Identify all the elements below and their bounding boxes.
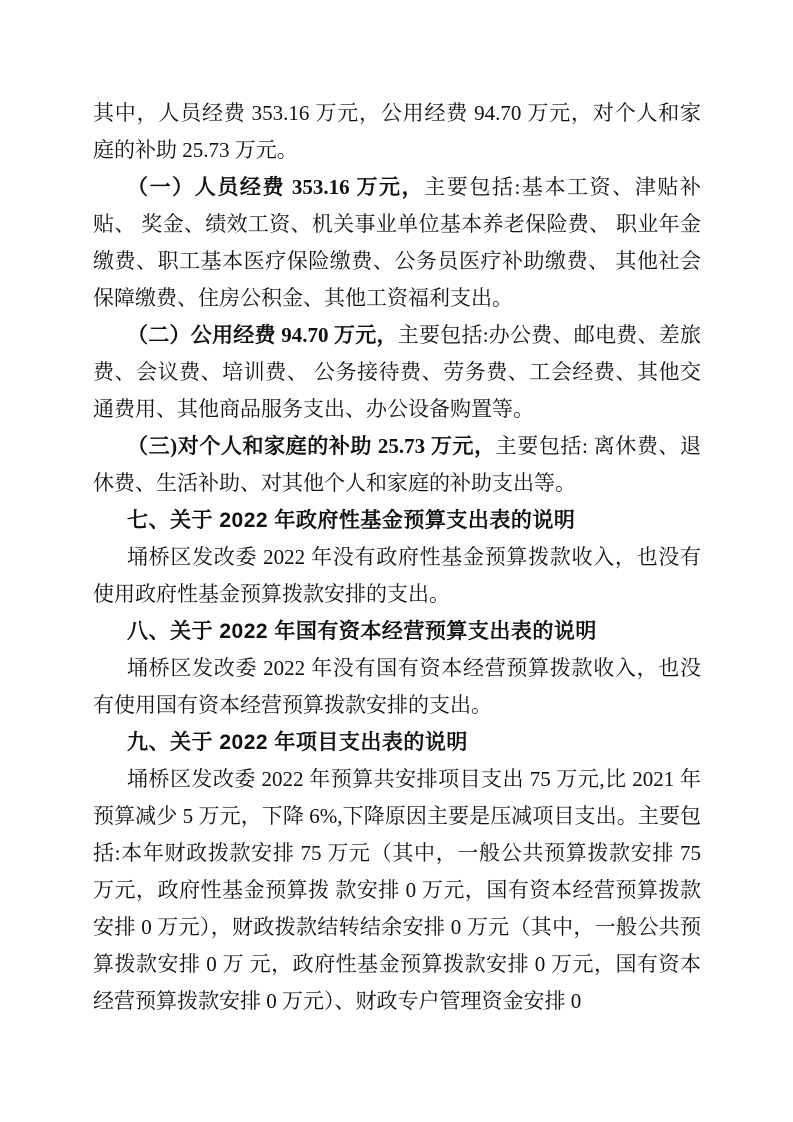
paragraph-government-fund-note: 埇桥区发改委 2022 年没有政府性基金预算拨款收入，也没有使用政府性基金预算拨… bbox=[93, 539, 701, 613]
paragraph-expense-summary: 其中，人员经费 353.16 万元，公用经费 94.70 万元，对个人和家庭的补… bbox=[93, 95, 701, 169]
document-page: 其中，人员经费 353.16 万元，公用经费 94.70 万元，对个人和家庭的补… bbox=[0, 0, 793, 1122]
paragraph-state-capital-note: 埇桥区发改委 2022 年没有国有资本经营预算拨款收入，也没有使用国有资本经营预… bbox=[93, 650, 701, 724]
heading-text: 九、关于 2022 年项目支出表的说明 bbox=[127, 731, 468, 754]
paragraph-lead-bold: （二）公用经费 94.70 万元， bbox=[127, 323, 398, 347]
section-heading-8-state-capital-budget: 八、关于 2022 年国有资本经营预算支出表的说明 bbox=[93, 613, 701, 650]
page-content: 其中，人员经费 353.16 万元，公用经费 94.70 万元，对个人和家庭的补… bbox=[93, 95, 701, 1020]
paragraph-public-expense: （二）公用经费 94.70 万元，主要包括:办公费、邮电费、差旅费、会议费、培训… bbox=[93, 317, 701, 428]
paragraph-lead-bold: （一）人员经费 353.16 万元， bbox=[127, 175, 424, 199]
paragraph-lead-bold: （三)对个人和家庭的补助 25.73 万元， bbox=[127, 434, 496, 458]
paragraph-text: 其中，人员经费 353.16 万元，公用经费 94.70 万元，对个人和家庭的补… bbox=[93, 101, 701, 162]
paragraph-text: 埇桥区发改委 2022 年预算共安排项目支出 75 万元,比 2021 年预算减… bbox=[93, 767, 701, 1013]
paragraph-personnel-expense: （一）人员经费 353.16 万元，主要包括:基本工资、津贴补贴、 奖金、绩效工… bbox=[93, 169, 701, 317]
paragraph-project-expenditure-detail: 埇桥区发改委 2022 年预算共安排项目支出 75 万元,比 2021 年预算减… bbox=[93, 761, 701, 1020]
paragraph-text: 埇桥区发改委 2022 年没有政府性基金预算拨款收入，也没有使用政府性基金预算拨… bbox=[93, 545, 701, 606]
paragraph-individual-family-subsidy: （三)对个人和家庭的补助 25.73 万元，主要包括: 离休费、退休费、生活补助… bbox=[93, 428, 701, 502]
paragraph-text: 埇桥区发改委 2022 年没有国有资本经营预算拨款收入，也没有使用国有资本经营预… bbox=[93, 656, 701, 717]
heading-text: 七、关于 2022 年政府性基金预算支出表的说明 bbox=[127, 509, 575, 532]
section-heading-9-project-expenditure: 九、关于 2022 年项目支出表的说明 bbox=[93, 724, 701, 761]
section-heading-7-government-fund-budget: 七、关于 2022 年政府性基金预算支出表的说明 bbox=[93, 502, 701, 539]
heading-text: 八、关于 2022 年国有资本经营预算支出表的说明 bbox=[127, 620, 597, 643]
